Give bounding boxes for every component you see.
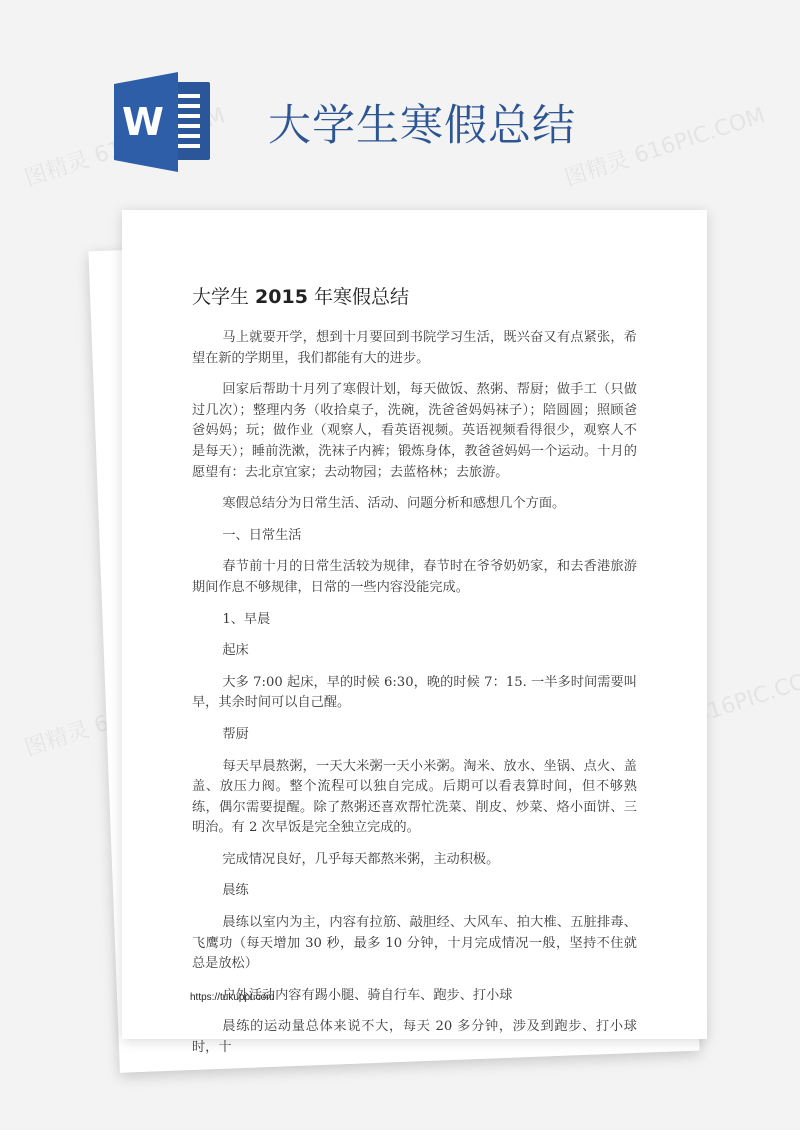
header-banner: W 大学生寒假总结 <box>112 72 576 172</box>
footer-url: https://tukuppt.com <box>190 992 275 1003</box>
paragraph: 大多 7:00 起床，早的时候 6:30，晚的时候 7：15. 一半多时间需要叫… <box>192 673 637 714</box>
item-heading: 起床 <box>192 641 637 662</box>
document-body: 马上就要开学，想到十月要回到书院学习生活，既兴奋又有点紧张，希望在新的学期里，我… <box>192 328 637 1070</box>
item-heading: 晨练 <box>192 881 637 902</box>
paragraph: 晨练的运动量总体来说不大，每天 20 多分钟，涉及到跑步、打小球时，十 <box>192 1017 637 1058</box>
paragraph: 每天早晨熬粥，一天大米粥一天小米粥。淘米、放水、坐锅、点火、盖盖、放压力阀。整个… <box>192 757 637 839</box>
item-heading: 帮厨 <box>192 725 637 746</box>
subsection-heading: 1、早晨 <box>192 610 637 631</box>
section-heading: 一、日常生活 <box>192 526 637 547</box>
word-letter: W <box>122 100 164 144</box>
paragraph: 回家后帮助十月列了寒假计划，每天做饭、熬粥、帮厨；做手工（只做过几次）；整理内务… <box>192 380 637 483</box>
paragraph: 马上就要开学，想到十月要回到书院学习生活，既兴奋又有点紧张，希望在新的学期里，我… <box>192 328 637 369</box>
paragraph: 寒假总结分为日常生活、活动、问题分析和感想几个方面。 <box>192 494 637 515</box>
watermark: 图精灵 616PIC.COM <box>560 99 768 193</box>
word-document-icon: W <box>112 72 216 172</box>
paragraph: 春节前十月的日常生活较为规律，春节时在爷爷奶奶家，和去香港旅游期间作息不够规律，… <box>192 557 637 598</box>
paragraph: 完成情况良好，几乎每天都熬米粥，主动积极。 <box>192 850 637 871</box>
document-title: 大学生 2015 年寒假总结 <box>192 282 409 309</box>
paragraph: 晨练以室内为主，内容有拉筋、敲胆经、大风车、拍大椎、五脏排毒、飞鹰功（每天增加 … <box>192 913 637 975</box>
banner-title: 大学生寒假总结 <box>268 92 576 153</box>
document-page: 大学生 2015 年寒假总结 马上就要开学，想到十月要回到书院学习生活，既兴奋又… <box>122 210 707 1039</box>
